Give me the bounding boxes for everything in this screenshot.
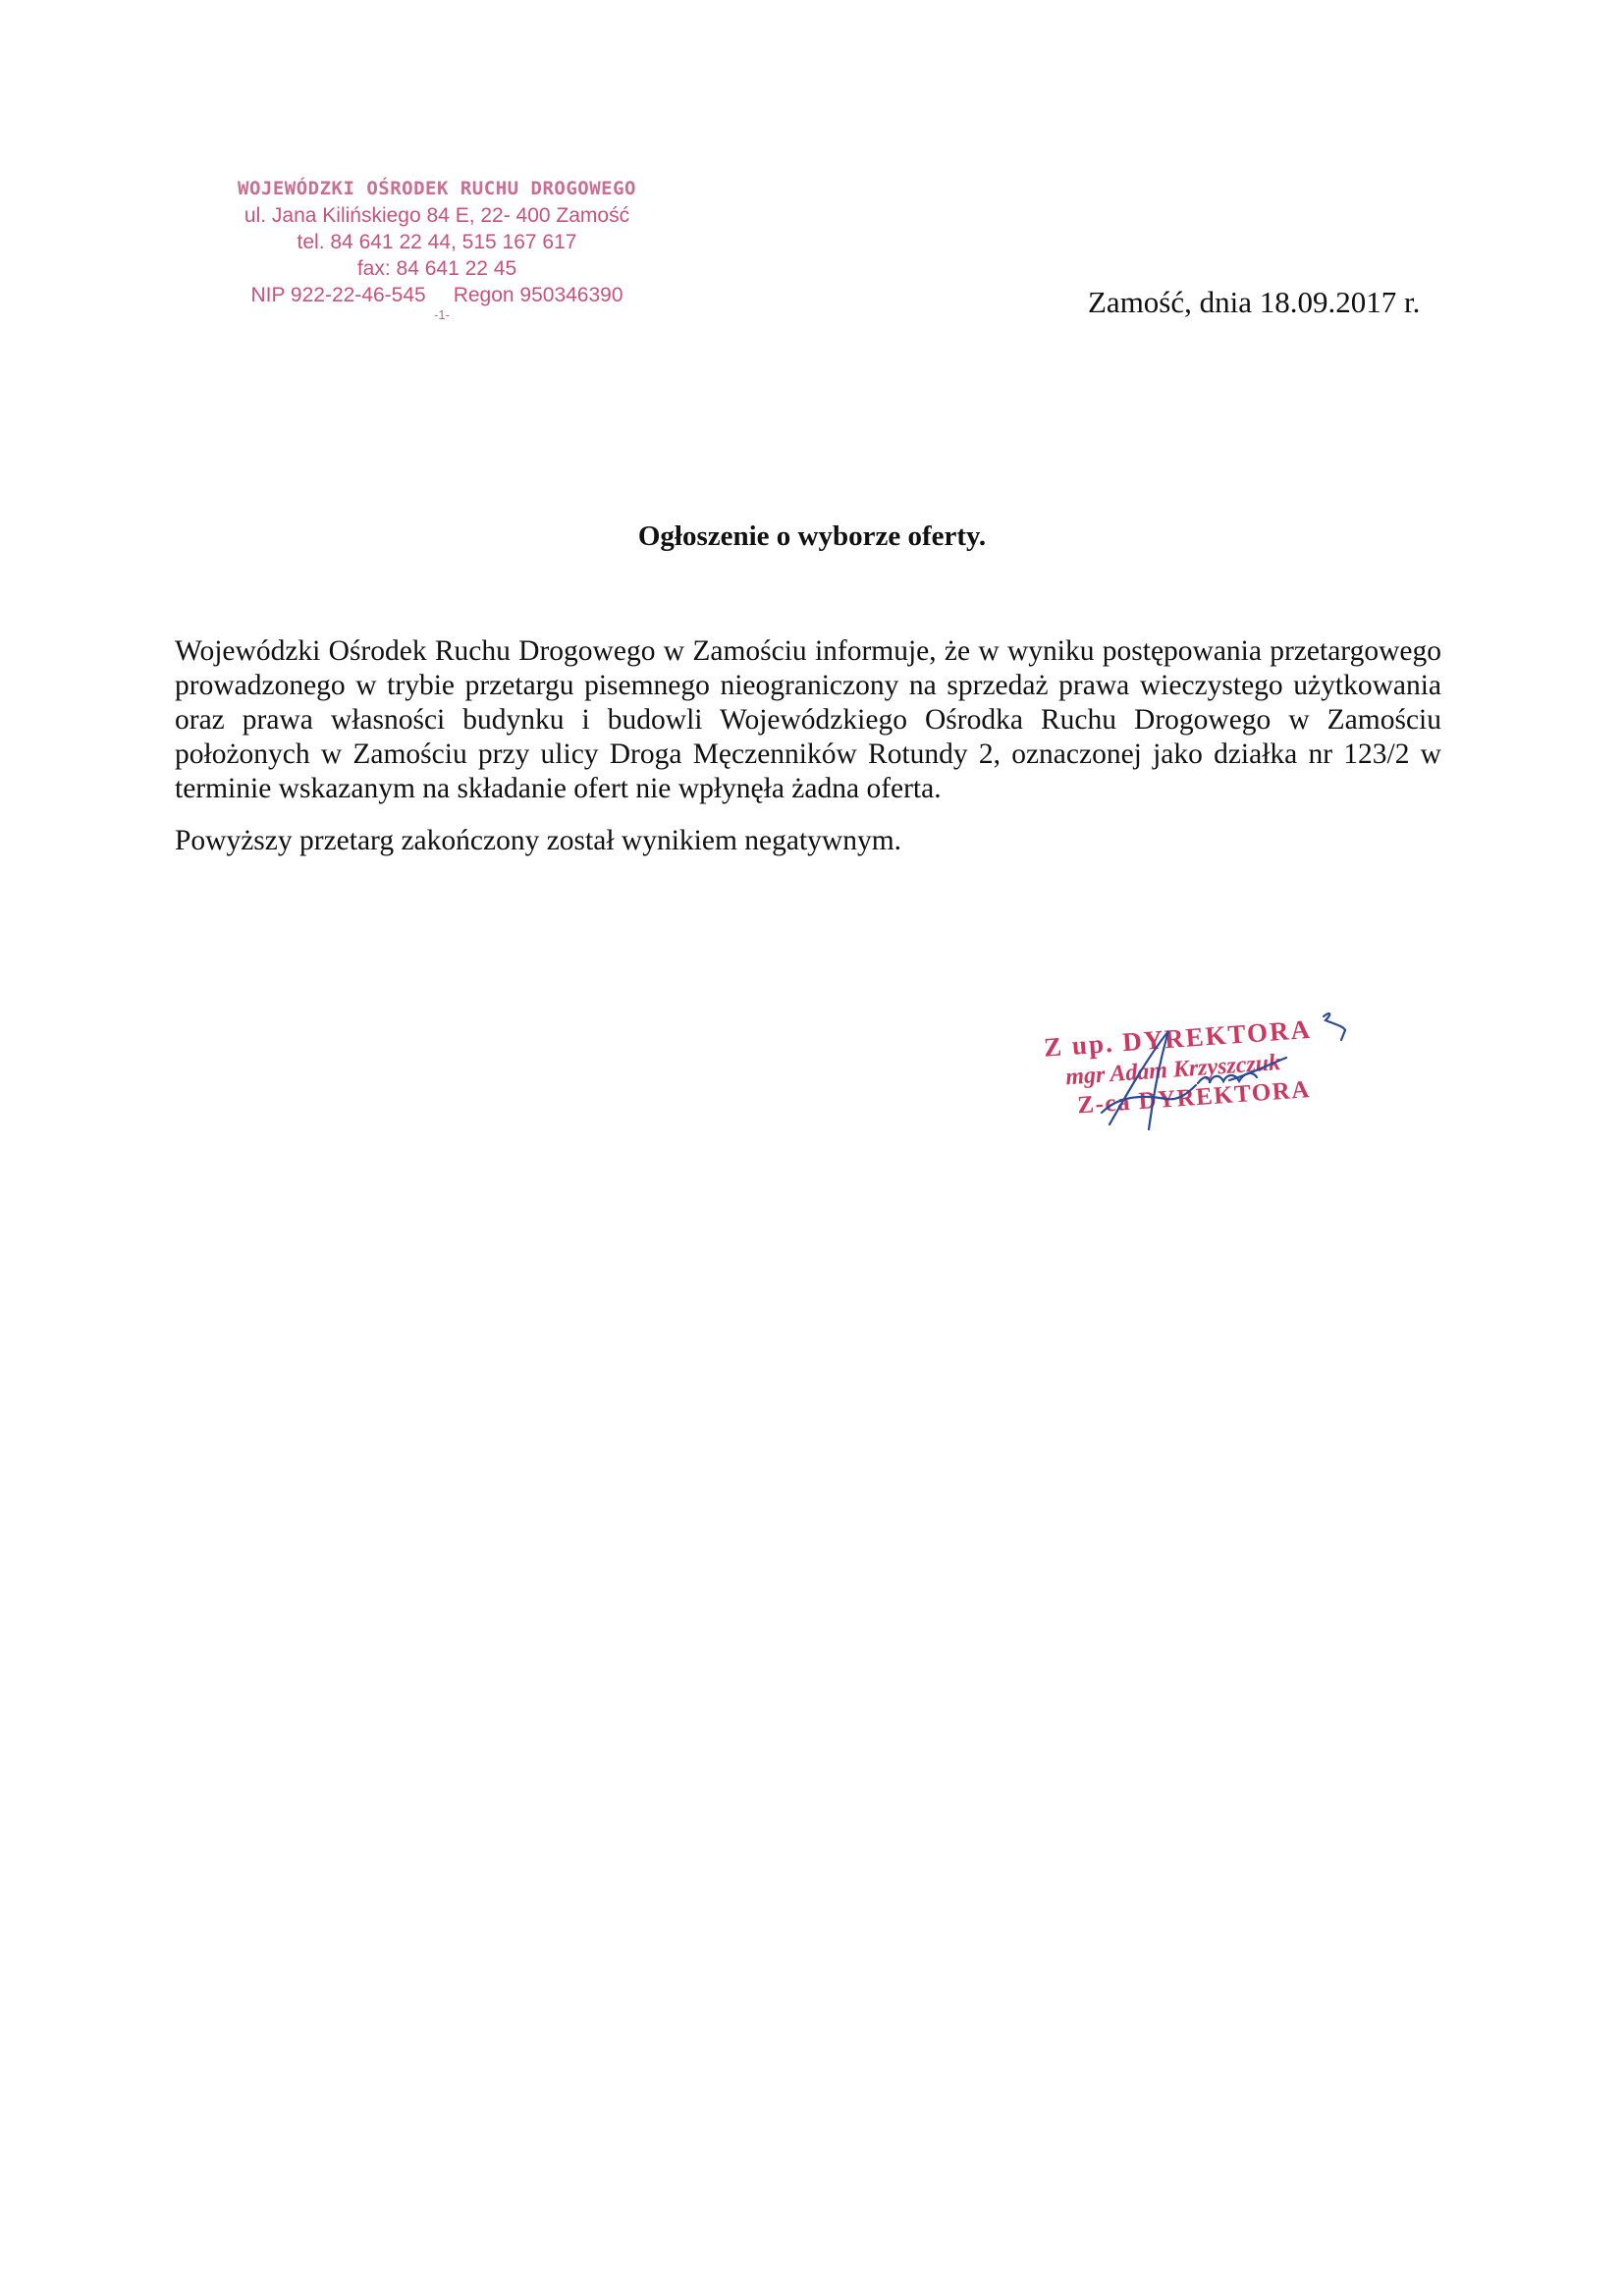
stamp-regon: Regon 950346390 [454,282,623,308]
stamp-fax: fax: 84 641 22 45 [196,255,677,282]
handwritten-signature-icon [1051,997,1384,1154]
letterhead-stamp: WOJEWÓDZKI OŚRODEK RUCHU DROGOWEGO ul. J… [196,175,677,322]
document-title: Ogłoszenie o wyborze oferty. [0,520,1624,553]
date-line: Zamość, dnia 18.09.2017 r. [1088,285,1420,320]
document-title-text: Ogłoszenie o wyborze oferty. [638,520,986,552]
stamp-ids: NIP 922-22-46-545 Regon 950346390 [196,282,677,308]
stamp-organization: WOJEWÓDZKI OŚRODEK RUCHU DROGOWEGO [196,175,677,202]
document-body: Wojewódzki Ośrodek Ruchu Drogowego w Zam… [175,634,1441,876]
stamp-address: ul. Jana Kilińskiego 84 E, 22- 400 Zamoś… [196,202,677,229]
stamp-phone: tel. 84 641 22 44, 515 167 617 [196,229,677,255]
stamp-nip: NIP 922-22-46-545 [250,282,425,308]
body-paragraph: Powyższy przetarg zakończony został wyni… [175,824,1441,858]
page-marker: -1- [206,308,677,322]
body-paragraph: Wojewódzki Ośrodek Ruchu Drogowego w Zam… [175,634,1441,806]
